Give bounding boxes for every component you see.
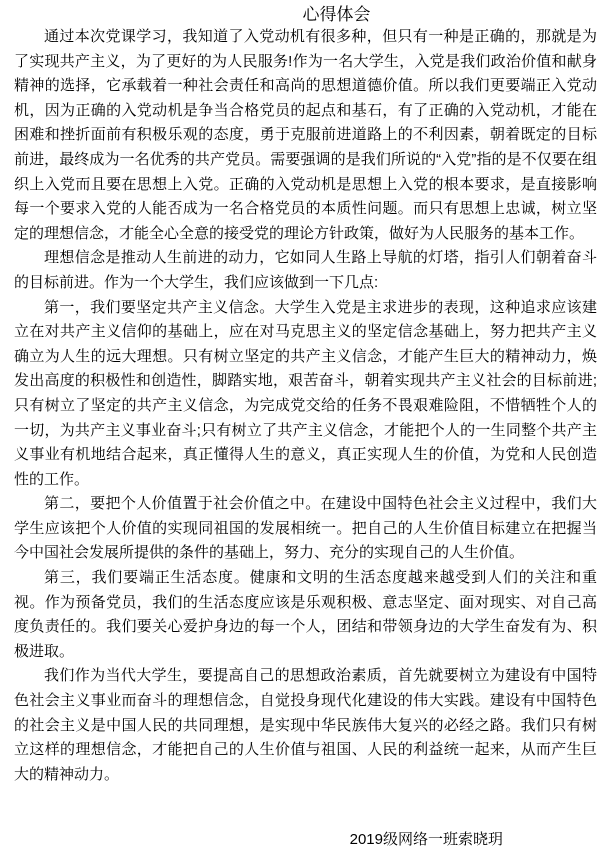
paragraph: 第三，我们要端正生活态度。健康和文明的生活态度越来越受到人们的关注和重视。作为预… xyxy=(14,566,597,664)
document-page: 心得体会 通过本次党课学习，我知道了入党动机有很多种，但只有一种是正确的，那就是… xyxy=(0,0,611,850)
signature-line: 2019级网络一班索晓玥 xyxy=(14,827,597,850)
document-body: 通过本次党课学习，我知道了入党动机有很多种，但只有一种是正确的，那就是为了实现共… xyxy=(14,25,597,787)
paragraph: 我们作为当代大学生，要提高自己的思想政治素质，首先就要树立为建设有中国特色社会主… xyxy=(14,664,597,787)
paragraph: 第一，我们要坚定共产主义信念。大学生入党是主求进步的表现，这种追求应该建立在对共… xyxy=(14,296,597,493)
paragraph: 第二，要把个人价值置于社会价值之中。在建设中国特色社会主义过程中，我们大学生应该… xyxy=(14,492,597,566)
paragraph: 理想信念是推动人生前进的动力，它如同人生路上导航的灯塔，指引人们朝着奋斗的目标前… xyxy=(14,246,597,295)
document-title: 心得体会 xyxy=(14,5,597,25)
paragraph: 通过本次党课学习，我知道了入党动机有很多种，但只有一种是正确的，那就是为了实现共… xyxy=(14,25,597,246)
